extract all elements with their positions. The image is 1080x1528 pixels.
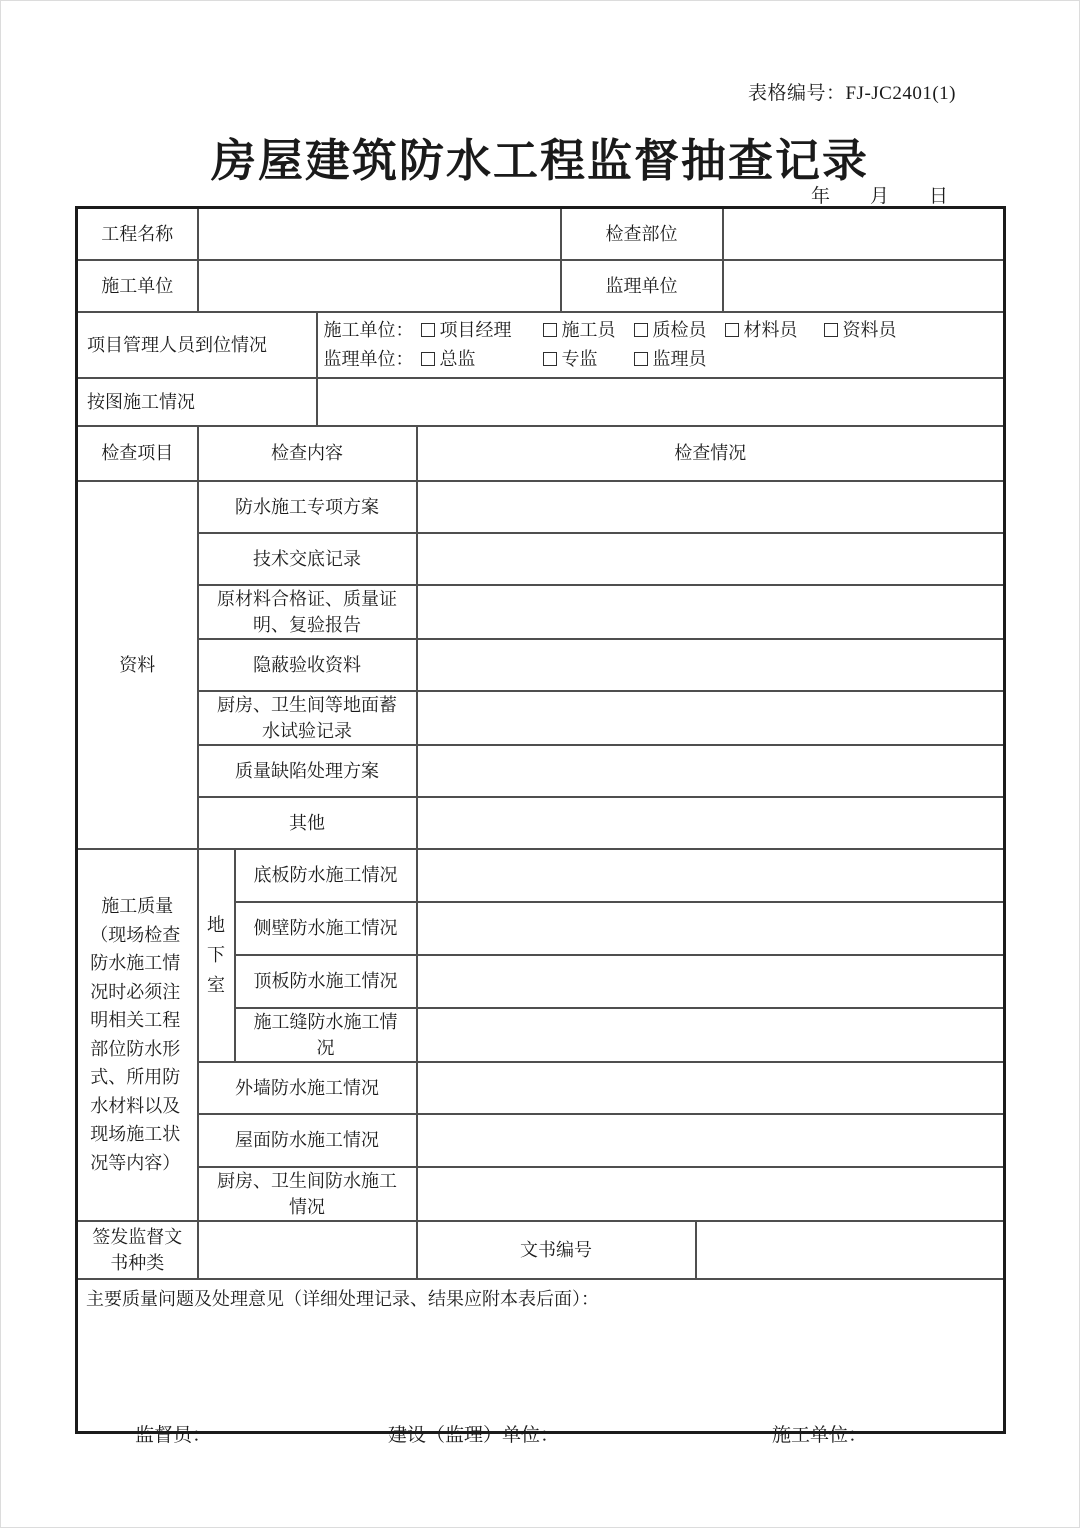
supervision-unit-label: 监理单位 [561, 260, 723, 312]
checkbox-label: 项目经理 [440, 320, 512, 340]
date-day-label: 日 [929, 186, 948, 207]
form-number: 表格编号：FJ-JC2401(1) [748, 78, 956, 105]
quality-group-label: 施工质量 （现场检查防水施工情况时必须注明相关工程部位防水形式、所用防水材料以及… [77, 849, 198, 1221]
issue-type-label: 签发监督文书种类 [77, 1221, 198, 1279]
doc-row-situation-input[interactable] [417, 639, 1005, 691]
table-row: 资料 防水施工专项方案 [77, 481, 1005, 533]
signature-footer: 监督员： 建设（监理）单位： 施工单位： [0, 1420, 1080, 1450]
doc-row-label: 质量缺陷处理方案 [198, 745, 417, 797]
personnel-checkbox-cell: 施工单位：项目经理施工员质检员材料员资料员 监理单位：总监专监监理员 [317, 312, 1005, 378]
builder-signature-label: 建设（监理）单位： [388, 1420, 559, 1447]
table-row: 工程名称 检查部位 [77, 208, 1005, 260]
doc-row-label: 原材料合格证、质量证明、复验报告 [198, 585, 417, 639]
table-header-row: 检查项目 检查内容 检查情况 [77, 426, 1005, 481]
checkbox-option-material-clerk[interactable]: 材料员 [725, 316, 824, 345]
checkbox-icon[interactable] [543, 323, 557, 337]
form-page: 表格编号：FJ-JC2401(1) 房屋建筑防水工程监督抽查记录 年月日 工程名… [0, 0, 1080, 1528]
table-row: 其他 [77, 797, 1005, 849]
doc-row-label: 厨房、卫生间等地面蓄水试验记录 [198, 691, 417, 745]
quality-row-situation-input[interactable] [417, 1167, 1005, 1221]
basement-row-label: 底板防水施工情况 [235, 849, 417, 902]
table-row: 施工质量 （现场检查防水施工情况时必须注明相关工程部位防水形式、所用防水材料以及… [77, 849, 1005, 902]
basement-row-label: 顶板防水施工情况 [235, 955, 417, 1008]
basement-row-situation-input[interactable] [417, 955, 1005, 1008]
personnel-row-label: 项目管理人员到位情况 [77, 312, 317, 378]
checkbox-label: 材料员 [744, 320, 798, 340]
basement-row-situation-input[interactable] [417, 902, 1005, 955]
table-row: 厨房、卫生间防水施工情况 [77, 1167, 1005, 1221]
checkbox-label: 施工员 [562, 320, 616, 340]
table-row: 外墙防水施工情况 [77, 1062, 1005, 1114]
checkbox-option-supervision-staff[interactable]: 监理员 [634, 345, 707, 374]
construction-unit-input[interactable] [198, 260, 561, 312]
header-check-content: 检查内容 [198, 426, 417, 481]
header-check-situation: 检查情况 [417, 426, 1005, 481]
doc-row-situation-input[interactable] [417, 481, 1005, 533]
table-row: 原材料合格证、质量证明、复验报告 [77, 585, 1005, 639]
basement-row-situation-input[interactable] [417, 849, 1005, 902]
basement-row-label: 侧壁防水施工情况 [235, 902, 417, 955]
page-title: 房屋建筑防水工程监督抽查记录 [0, 124, 1080, 189]
drawing-row-label: 按图施工情况 [77, 378, 317, 426]
supervision-line-label: 监理单位： [324, 345, 421, 374]
doc-row-situation-input[interactable] [417, 797, 1005, 849]
inspect-part-input[interactable] [723, 208, 1005, 260]
construction-unit-label: 施工单位 [77, 260, 198, 312]
project-name-input[interactable] [198, 208, 561, 260]
date-line: 年月日 [811, 181, 948, 208]
doc-row-situation-input[interactable] [417, 533, 1005, 585]
table-row: 厨房、卫生间等地面蓄水试验记录 [77, 691, 1005, 745]
problems-label: 主要质量问题及处理意见（详细处理记录、结果应附本表后面）： [86, 1289, 599, 1309]
quality-row-situation-input[interactable] [417, 1114, 1005, 1167]
doc-row-situation-input[interactable] [417, 745, 1005, 797]
checkbox-label: 资料员 [843, 320, 897, 340]
checkbox-option-quality-inspector[interactable]: 质检员 [634, 316, 725, 345]
construction-roles-line: 施工单位：项目经理施工员质检员材料员资料员 [324, 316, 998, 345]
doc-row-label: 防水施工专项方案 [198, 481, 417, 533]
checkbox-icon[interactable] [421, 352, 435, 366]
date-year-label: 年 [811, 186, 830, 207]
issue-type-input[interactable] [198, 1221, 417, 1279]
basement-row-situation-input[interactable] [417, 1008, 1005, 1062]
quality-row-label: 厨房、卫生间防水施工情况 [198, 1167, 417, 1221]
doc-number-label: 文书编号 [417, 1221, 696, 1279]
checkbox-option-project-manager[interactable]: 项目经理 [421, 316, 543, 345]
checkbox-option-document-clerk[interactable]: 资料员 [824, 316, 897, 345]
checkbox-icon[interactable] [634, 352, 648, 366]
checkbox-icon[interactable] [824, 323, 838, 337]
basement-group-label: 地下室 [198, 849, 235, 1062]
header-check-item: 检查项目 [77, 426, 198, 481]
checkbox-label: 监理员 [653, 349, 707, 369]
quality-row-label: 屋面防水施工情况 [198, 1114, 417, 1167]
inspect-part-label: 检查部位 [561, 208, 723, 260]
problems-input-area[interactable]: 主要质量问题及处理意见（详细处理记录、结果应附本表后面）： [77, 1279, 1005, 1433]
table-row: 技术交底记录 [77, 533, 1005, 585]
table-row: 施工单位 监理单位 [77, 260, 1005, 312]
table-row: 质量缺陷处理方案 [77, 745, 1005, 797]
project-name-label: 工程名称 [77, 208, 198, 260]
checkbox-label: 专监 [562, 349, 598, 369]
doc-row-label: 隐蔽验收资料 [198, 639, 417, 691]
table-row: 按图施工情况 [77, 378, 1005, 426]
doc-row-situation-input[interactable] [417, 691, 1005, 745]
checkbox-label: 总监 [440, 349, 476, 369]
supervisor-signature-label: 监督员： [135, 1420, 211, 1447]
table-row: 隐蔽验收资料 [77, 639, 1005, 691]
doc-row-situation-input[interactable] [417, 585, 1005, 639]
doc-row-label: 技术交底记录 [198, 533, 417, 585]
doc-number-input[interactable] [696, 1221, 1005, 1279]
date-month-label: 月 [870, 186, 889, 207]
construction-line-label: 施工单位： [324, 316, 421, 345]
quality-row-situation-input[interactable] [417, 1062, 1005, 1114]
drawing-row-input[interactable] [317, 378, 1005, 426]
checkbox-option-specialist-supervisor[interactable]: 专监 [543, 345, 634, 374]
checkbox-icon[interactable] [543, 352, 557, 366]
quality-row-label: 外墙防水施工情况 [198, 1062, 417, 1114]
supervision-roles-line: 监理单位：总监专监监理员 [324, 345, 998, 374]
constructor-signature-label: 施工单位： [772, 1420, 867, 1447]
documents-group-label: 资料 [77, 481, 198, 849]
checkbox-icon[interactable] [634, 323, 648, 337]
table-row: 签发监督文书种类 文书编号 [77, 1221, 1005, 1279]
inspection-form-table: 工程名称 检查部位 施工单位 监理单位 项目管理人员到位情况 施工单位：项目经理… [75, 206, 1006, 1434]
checkbox-icon[interactable] [725, 323, 739, 337]
table-row: 项目管理人员到位情况 施工单位：项目经理施工员质检员材料员资料员 监理单位：总监… [77, 312, 1005, 378]
doc-row-label: 其他 [198, 797, 417, 849]
table-row: 屋面防水施工情况 [77, 1114, 1005, 1167]
supervision-unit-input[interactable] [723, 260, 1005, 312]
quality-group-note: （现场检查防水施工情况时必须注明相关工程部位防水形式、所用防水材料以及现场施工状… [90, 921, 184, 1178]
quality-group-title: 施工质量 [88, 892, 187, 921]
basement-row-label: 施工缝防水施工情况 [235, 1008, 417, 1062]
checkbox-option-constructor[interactable]: 施工员 [543, 316, 634, 345]
checkbox-icon[interactable] [421, 323, 435, 337]
table-row: 主要质量问题及处理意见（详细处理记录、结果应附本表后面）： [77, 1279, 1005, 1433]
checkbox-option-chief-supervisor[interactable]: 总监 [421, 345, 543, 374]
checkbox-label: 质检员 [653, 320, 707, 340]
